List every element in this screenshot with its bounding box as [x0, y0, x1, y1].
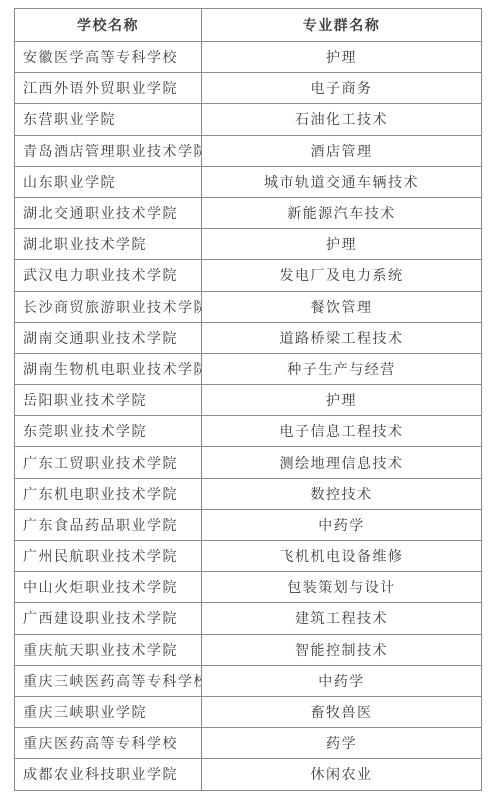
school-majors-table: 学校名称 专业群名称 安徽医学高等专科学校护理江西外语外贸职业学院电子商务东营职… — [14, 8, 482, 791]
school-name-cell: 武汉电力职业技术学院 — [15, 260, 202, 291]
major-group-cell: 休闲农业 — [202, 759, 482, 790]
table-row: 武汉电力职业技术学院发电厂及电力系统 — [15, 260, 482, 291]
school-name-cell: 中山火炬职业技术学院 — [15, 572, 202, 603]
school-name-cell: 重庆三峡医药高等专科学校 — [15, 665, 202, 696]
table-row: 湖南生物机电职业技术学院种子生产与经营 — [15, 353, 482, 384]
major-group-cell: 中药学 — [202, 665, 482, 696]
table-row: 重庆医药高等专科学校药学 — [15, 728, 482, 759]
school-name-cell: 广州民航职业技术学院 — [15, 541, 202, 572]
major-group-cell: 飞机机电设备维修 — [202, 541, 482, 572]
school-name-cell: 重庆航天职业技术学院 — [15, 634, 202, 665]
school-name-cell: 湖北职业技术学院 — [15, 229, 202, 260]
major-group-cell: 电子信息工程技术 — [202, 416, 482, 447]
table-row: 江西外语外贸职业学院电子商务 — [15, 73, 482, 104]
table-row: 中山火炬职业技术学院包装策划与设计 — [15, 572, 482, 603]
major-group-cell: 中药学 — [202, 509, 482, 540]
column-header-school-name: 学校名称 — [15, 9, 202, 42]
school-name-cell: 广东机电职业技术学院 — [15, 478, 202, 509]
major-group-cell: 石油化工技术 — [202, 104, 482, 135]
major-group-cell: 畜牧兽医 — [202, 696, 482, 727]
major-group-cell: 发电厂及电力系统 — [202, 260, 482, 291]
major-group-cell: 测绘地理信息技术 — [202, 447, 482, 478]
school-name-cell: 广西建设职业技术学院 — [15, 603, 202, 634]
table-row: 长沙商贸旅游职业技术学院餐饮管理 — [15, 291, 482, 322]
column-header-major-group: 专业群名称 — [202, 9, 482, 42]
major-group-cell: 酒店管理 — [202, 135, 482, 166]
table-row: 山东职业学院城市轨道交通车辆技术 — [15, 166, 482, 197]
school-name-cell: 重庆医药高等专科学校 — [15, 728, 202, 759]
school-name-cell: 广东食品药品职业学院 — [15, 509, 202, 540]
table-row: 青岛酒店管理职业技术学院酒店管理 — [15, 135, 482, 166]
table-row: 重庆三峡职业学院畜牧兽医 — [15, 696, 482, 727]
table-row: 广州民航职业技术学院飞机机电设备维修 — [15, 541, 482, 572]
major-group-cell: 护理 — [202, 42, 482, 73]
major-group-cell: 道路桥梁工程技术 — [202, 322, 482, 353]
major-group-cell: 药学 — [202, 728, 482, 759]
major-group-cell: 电子商务 — [202, 73, 482, 104]
school-name-cell: 东营职业学院 — [15, 104, 202, 135]
table-row: 东莞职业技术学院电子信息工程技术 — [15, 416, 482, 447]
school-name-cell: 湖南交通职业技术学院 — [15, 322, 202, 353]
major-group-cell: 建筑工程技术 — [202, 603, 482, 634]
major-group-cell: 城市轨道交通车辆技术 — [202, 166, 482, 197]
table-row: 广东工贸职业技术学院测绘地理信息技术 — [15, 447, 482, 478]
school-name-cell: 湖南生物机电职业技术学院 — [15, 353, 202, 384]
table-row: 广西建设职业技术学院建筑工程技术 — [15, 603, 482, 634]
school-name-cell: 山东职业学院 — [15, 166, 202, 197]
table-row: 重庆三峡医药高等专科学校中药学 — [15, 665, 482, 696]
school-name-cell: 重庆三峡职业学院 — [15, 696, 202, 727]
table-row: 广东机电职业技术学院数控技术 — [15, 478, 482, 509]
major-group-cell: 数控技术 — [202, 478, 482, 509]
major-group-cell: 智能控制技术 — [202, 634, 482, 665]
table-row: 湖南交通职业技术学院道路桥梁工程技术 — [15, 322, 482, 353]
major-group-cell: 包装策划与设计 — [202, 572, 482, 603]
header-row: 学校名称 专业群名称 — [15, 9, 482, 42]
school-name-cell: 岳阳职业技术学院 — [15, 385, 202, 416]
major-group-cell: 护理 — [202, 385, 482, 416]
school-name-cell: 安徽医学高等专科学校 — [15, 42, 202, 73]
school-name-cell: 江西外语外贸职业学院 — [15, 73, 202, 104]
table-row: 安徽医学高等专科学校护理 — [15, 42, 482, 73]
school-name-cell: 成都农业科技职业学院 — [15, 759, 202, 790]
table-row: 岳阳职业技术学院护理 — [15, 385, 482, 416]
table-row: 湖北职业技术学院护理 — [15, 229, 482, 260]
major-group-cell: 新能源汽车技术 — [202, 197, 482, 228]
school-name-cell: 湖北交通职业技术学院 — [15, 197, 202, 228]
school-name-cell: 长沙商贸旅游职业技术学院 — [15, 291, 202, 322]
major-group-cell: 餐饮管理 — [202, 291, 482, 322]
table-row: 成都农业科技职业学院休闲农业 — [15, 759, 482, 790]
major-group-cell: 护理 — [202, 229, 482, 260]
table-row: 重庆航天职业技术学院智能控制技术 — [15, 634, 482, 665]
school-name-cell: 青岛酒店管理职业技术学院 — [15, 135, 202, 166]
table-row: 东营职业学院石油化工技术 — [15, 104, 482, 135]
school-name-cell: 东莞职业技术学院 — [15, 416, 202, 447]
table-row: 广东食品药品职业学院中药学 — [15, 509, 482, 540]
table-row: 湖北交通职业技术学院新能源汽车技术 — [15, 197, 482, 228]
school-name-cell: 广东工贸职业技术学院 — [15, 447, 202, 478]
major-group-cell: 种子生产与经营 — [202, 353, 482, 384]
